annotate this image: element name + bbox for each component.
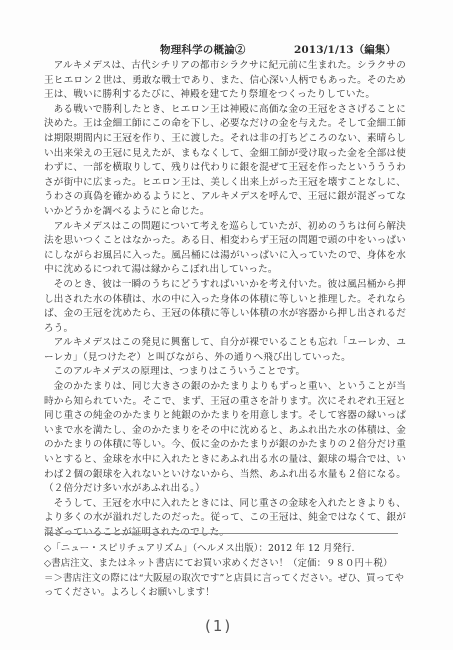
document-body: アルキメデスは、古代シチリアの都市シラクサに紀元前に生まれた。シラクサの王ヒエロ… (44, 59, 406, 541)
paragraph-bath: アルキメデスはこの問題について考えを巡らしていたが、初めのうちは何ら解決法を思い… (44, 220, 406, 278)
document-date: 2013/1/13（編集） (294, 42, 396, 57)
document-page: 物理科学の概論② 2013/1/13（編集） アルキメデスは、古代シチリアの都市… (0, 0, 453, 650)
paragraph-crown-story: ある戦いで勝利したとき、ヒエロン王は神殿に高価な金の王冠をささげることに決めた。… (44, 103, 406, 220)
order-info-line: ◇書店注文、またはネット書店にてお買い求めください！（定価：９８０円＋税） (44, 557, 409, 572)
paragraph-insight: そのとき、彼は一瞬のうちにどうすればいいかを考え付いた。彼は風呂桶から押し出され… (44, 278, 406, 336)
document-title: 物理科学の概論② (160, 42, 246, 57)
page-number: (1) (205, 617, 232, 635)
book-promo: ◇「ニュー・スピリチュアリズム」（ヘルメス出版）：2012 年 12 月発行. … (44, 542, 409, 601)
paragraph-principle-intro: このアルキメデスの原理は、つまりはこういうことです。 (44, 365, 406, 380)
paragraph-principle-explanation: 金のかたまりは、同じ大きさの銀のかたまりよりもずっと重い、ということが当時から知… (44, 380, 406, 497)
paragraph-eureka: アルキメデスはこの発見に興奮して、自分が裸でいることも忘れ「ユーレカ、ユーレカ」… (44, 336, 406, 365)
paragraph-conclusion: そうして、王冠を水中に入れたときには、同じ重さの金球を入れたときよりも、より多く… (44, 497, 406, 541)
paragraph-intro: アルキメデスは、古代シチリアの都市シラクサに紀元前に生まれた。シラクサの王ヒエロ… (44, 59, 406, 103)
document-header: 物理科学の概論② 2013/1/13（編集） (0, 42, 453, 58)
order-note-line: ＝＞書店注文の際には“大阪屋の取次です”と店員に言ってください。ぜひ、買ってやっ… (44, 572, 409, 602)
divider-line (45, 533, 398, 534)
book-info-line: ◇「ニュー・スピリチュアリズム」（ヘルメス出版）：2012 年 12 月発行. (44, 542, 409, 557)
